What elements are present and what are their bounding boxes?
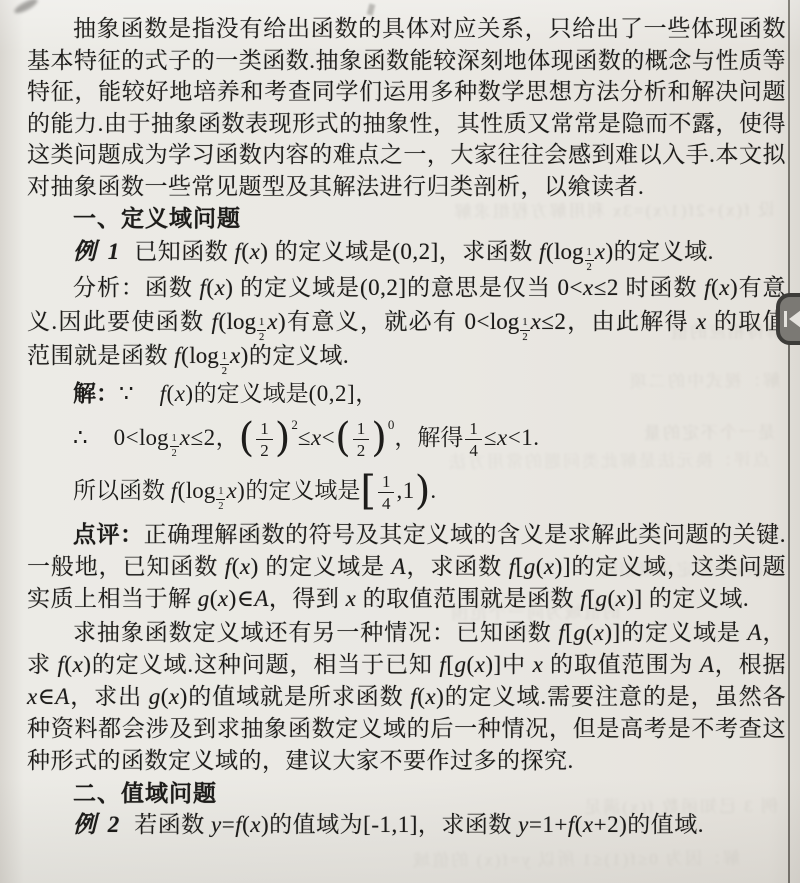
example-1-label: 例 1 <box>73 239 122 264</box>
math-fraction: 12 <box>585 248 594 273</box>
previous-page-button[interactable] <box>776 293 800 345</box>
math-fraction: 14 <box>378 473 395 512</box>
math-fraction: 12 <box>353 420 370 459</box>
intro-paragraph: 抽象函数是指没有给出函数的具体对应关系，只给出了一些体现函数基本特征的式子的一类… <box>27 13 786 202</box>
math-fraction: 14 <box>465 420 482 459</box>
math-fraction: 12 <box>170 434 179 459</box>
previous-arrow-icon <box>784 311 787 327</box>
math-fraction: 12 <box>520 318 529 343</box>
example-2-line: 例 2若函数 y=f(x)的值域为[-1,1]，求函数 y=1+f(x+2)的值… <box>27 809 786 840</box>
example-1-line: 例 1已知函数 f(x) 的定义域是(0,2]，求函数 f(log12x)的定义… <box>27 235 786 268</box>
solution-line-1: 解：∵f(x)的定义域是(0,2]， <box>27 379 786 409</box>
math-fraction: 12 <box>256 420 273 459</box>
left-triangle-icon <box>789 310 800 328</box>
second-case-paragraph: 求抽象函数定义域还有另一种情况：已知函数 f[g(x)]的定义域是 A，求 f(… <box>27 617 786 777</box>
page-edge-line <box>788 0 790 883</box>
math-fraction: 12 <box>220 352 229 377</box>
scanned-page: 抽象函数是指没有给出函数的具体对应关系，只给出了一些体现函数基本特征的式子的一类… <box>0 0 800 883</box>
math-fraction: 12 <box>257 318 266 343</box>
section-1-heading: 一、定义域问题 <box>73 206 786 232</box>
example-2-label: 例 2 <box>73 812 122 837</box>
solution-line-2: ∴0<log12x≤2，(12)2≤x<(12)0，解得14≤x<1. <box>27 414 786 465</box>
example-2-text: 若函数 y=f(x)的值域为[-1,1]，求函数 y=1+f(x+2)的值域. <box>134 812 704 837</box>
math-fraction: 12 <box>216 487 225 512</box>
example-1-text: 已知函数 f(x) 的定义域是(0,2]，求函数 f(log12x)的定义域. <box>134 239 714 264</box>
section-2-heading: 二、值域问题 <box>73 781 786 807</box>
comment-paragraph: 点评：正确理解函数的符号及其定义域的含义是求解此类问题的关键.一般地，已知函数 … <box>27 519 786 615</box>
analysis-paragraph: 分析：函数 f(x) 的定义域是(0,2]的意思是仅当 0<x≤2 时函数 f(… <box>27 271 786 373</box>
solution-line-3: 所以函数 f(log12x)的定义域是[14,1). <box>27 468 786 514</box>
